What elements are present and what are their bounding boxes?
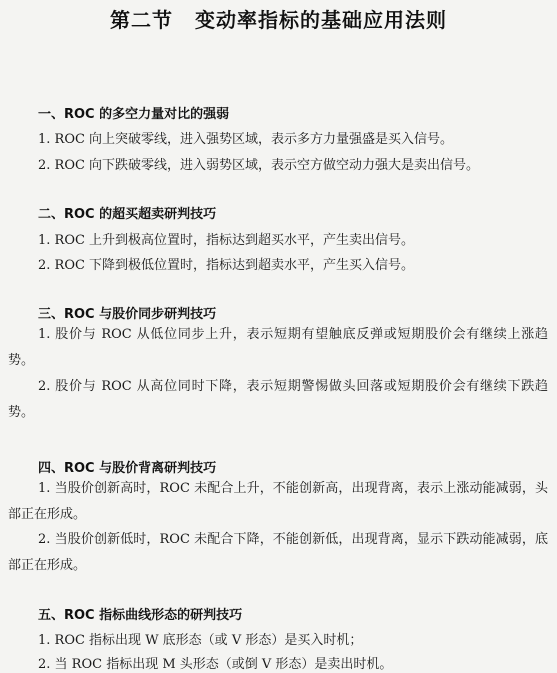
item-3-2: 2. 股价与 ROC 从高位同时下降，表示短期警惕做头回落或短期股价会有继续下跌…: [8, 374, 548, 426]
item-4-2: 2. 当股价创新低时，ROC 未配合下降，不能创新低，出现背离，显示下跌动能减弱…: [8, 527, 548, 579]
book-page: 第二节变动率指标的基础应用法则 一、ROC 的多空力量对比的强弱 1. ROC …: [0, 0, 557, 673]
item-2-2: 2. ROC 下降到极低位置时，指标达到超卖水平，产生买入信号。: [38, 254, 414, 273]
section-name: 变动率指标的基础应用法则: [195, 8, 447, 32]
item-1-1: 1. ROC 向上突破零线，进入强势区域，表示多方力量强盛是买入信号。: [38, 128, 453, 147]
item-1-2: 2. ROC 向下跌破零线，进入弱势区域，表示空方做空动力强大是卖出信号。: [38, 154, 479, 173]
item-5-2: 2. 当 ROC 指标出现 M 头形态（或倒 V 形态）是卖出时机。: [38, 653, 392, 672]
section-title: 第二节变动率指标的基础应用法则: [0, 4, 557, 33]
heading-5: 五、ROC 指标曲线形态的研判技巧: [38, 604, 242, 623]
heading-3: 三、ROC 与股价同步研判技巧: [38, 303, 216, 322]
item-5-1: 1. ROC 指标出现 W 底形态（或 V 形态）是买入时机；: [38, 629, 362, 648]
heading-4: 四、ROC 与股价背离研判技巧: [38, 457, 216, 476]
section-number: 第二节: [110, 8, 173, 32]
item-2-1: 1. ROC 上升到极高位置时，指标达到超买水平，产生卖出信号。: [38, 229, 414, 248]
item-4-1: 1. 当股价创新高时，ROC 未配合上升，不能创新高，出现背离，表示上涨动能减弱…: [8, 476, 548, 528]
heading-2: 二、ROC 的超买超卖研判技巧: [38, 203, 216, 222]
item-3-1: 1. 股价与 ROC 从低位同步上升，表示短期有望触底反弹或短期股价会有继续上涨…: [8, 322, 548, 374]
heading-1: 一、ROC 的多空力量对比的强弱: [38, 103, 229, 122]
